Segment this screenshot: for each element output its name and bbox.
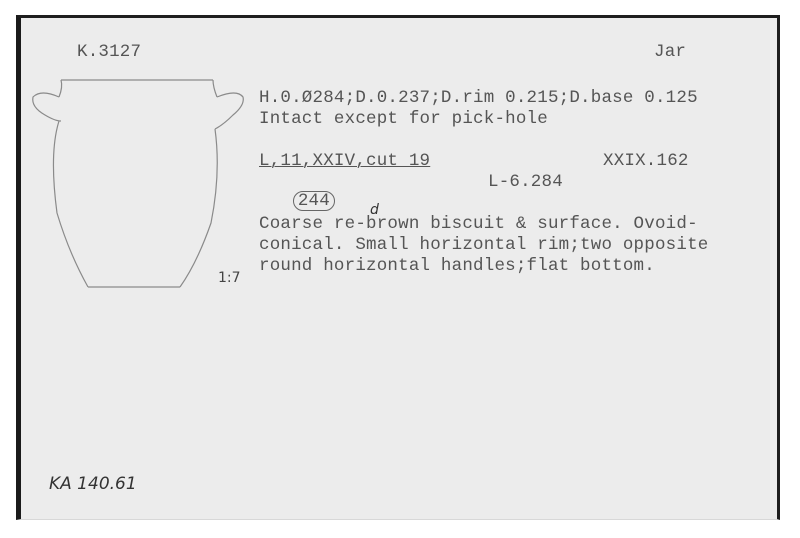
description-line: round horizontal handles;flat bottom. <box>259 256 655 277</box>
register-number: XXIX.162 <box>603 151 689 172</box>
dimensions: H.0.Ø284;D.0.237;D.rim 0.215;D.base 0.12… <box>259 88 698 109</box>
museum-number: KA 140.61 <box>49 474 137 494</box>
catalog-number: K.3127 <box>77 42 141 63</box>
description-line: Coarse re-brown biscuit & surface. Ovoid… <box>259 214 698 235</box>
catalog-card: K.3127 Jar 1:7 H.0.Ø284;D.0.237;D.rim 0.… <box>16 15 780 520</box>
circled-number: 244 <box>293 191 335 211</box>
drawing-scale: 1:7 <box>218 270 241 286</box>
condition: Intact except for pick-hole <box>259 109 548 130</box>
findspot-locus: L,11,XXIV,cut 19 <box>259 151 430 172</box>
jar-drawing-icon <box>25 73 255 303</box>
level: L-6.284 <box>488 172 563 193</box>
description-line: conical. Small horizontal rim;two opposi… <box>259 235 708 256</box>
object-type: Jar <box>654 42 686 63</box>
